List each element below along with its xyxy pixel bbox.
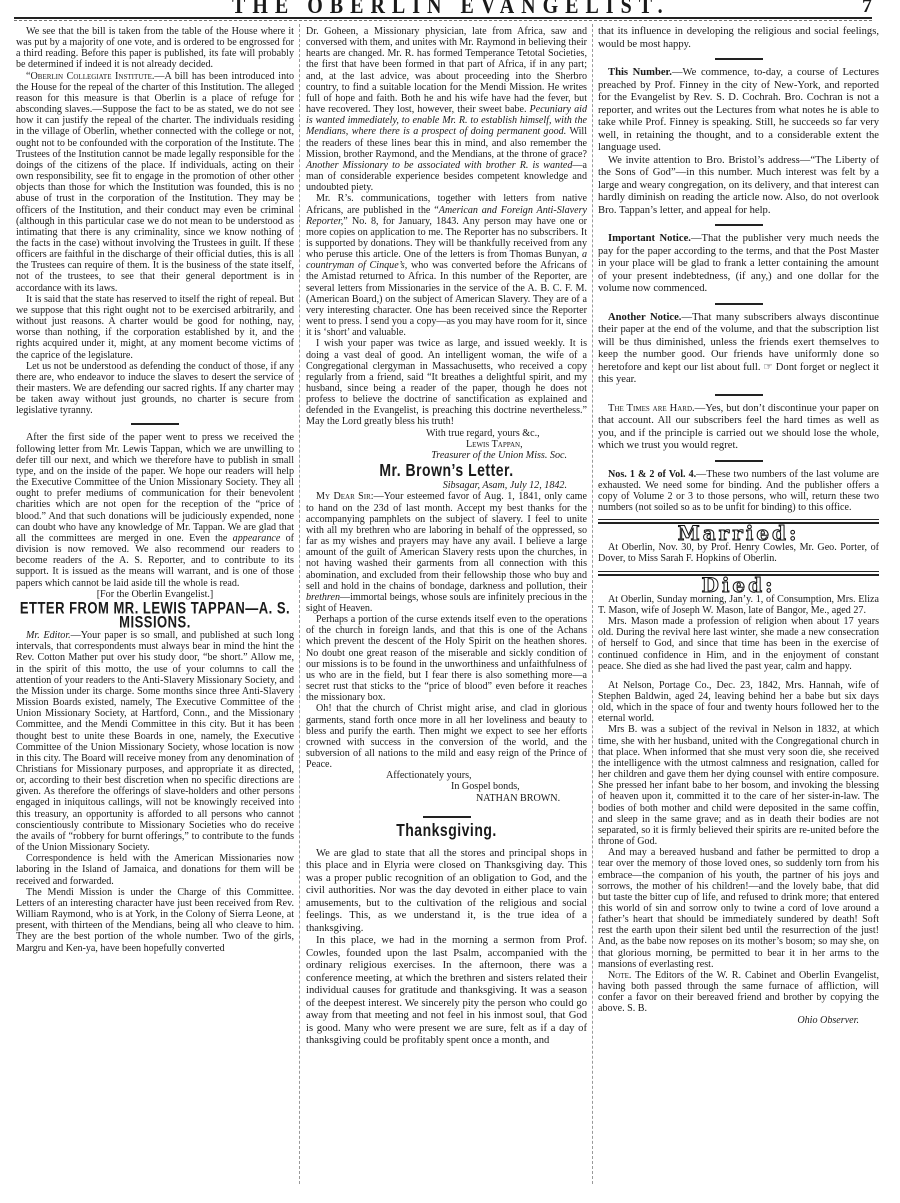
column-divider	[592, 24, 593, 1184]
letter-heading: ETTER FROM MR. LEWIS TAPPAN—A. S. MISSIO…	[16, 601, 294, 629]
paragraph: The Mendi Mission is under the Charge of…	[16, 887, 294, 954]
section-rule	[715, 460, 763, 462]
paragraph: Correspondence is held with the American…	[16, 853, 294, 886]
paragraph: Let us not be understood as defending th…	[16, 361, 294, 417]
obituary: At Oberlin, Sunday morning, Jan’y. 1, of…	[598, 594, 879, 616]
paragraph: It is said that the state has reserved t…	[16, 294, 294, 361]
letter-signer: NATHAN BROWN.	[306, 793, 587, 804]
paragraph: Mr. R’s. communications, together with l…	[306, 193, 587, 338]
column-divider	[299, 24, 300, 1184]
source-credit: Ohio Observer.	[598, 1015, 879, 1026]
died-heading: Died:	[598, 580, 879, 591]
notice-another: Another Notice.—That many subscribers al…	[598, 312, 879, 387]
masthead: THE OBERLIN EVANGELIST. 7	[0, 0, 900, 16]
section-rule	[715, 303, 763, 305]
brown-letter-heading: Mr. Brown’s Letter.	[306, 464, 587, 478]
paragraph: My Dear Sir:—Your esteemed favor of Aug.…	[306, 491, 587, 614]
obituary: At Nelson, Portage Co., Dec. 23, 1842, M…	[598, 680, 879, 725]
section-rule	[715, 58, 763, 60]
paragraph: Dr. Goheen, a Missionary physician, late…	[306, 26, 587, 193]
column-3: that its influence in developing the rel…	[598, 26, 879, 1026]
paragraph: After the first side of the paper went t…	[16, 432, 294, 588]
married-heading: Married:	[598, 528, 879, 539]
paragraph: Mr. Editor.—Your paper is so small, and …	[16, 630, 294, 853]
paragraph: We invite attention to Bro. Bristol’s ad…	[598, 155, 879, 218]
paragraph: In this place, we had in the morning a s…	[306, 935, 587, 1048]
paragraph: that its influence in developing the rel…	[598, 26, 879, 51]
paragraph: Oh! that the church of Christ might aris…	[306, 703, 587, 770]
letter-signer: Lewis Tappan,	[306, 439, 587, 450]
column-2: Dr. Goheen, a Missionary physician, late…	[306, 26, 587, 1048]
obituary: And may a bereaved husband and father be…	[598, 847, 879, 970]
letter-closing: In Gospel bonds,	[306, 781, 587, 792]
letter-closing: With true regard, yours &c.,	[306, 428, 587, 439]
paragraph: We are glad to state that all the stores…	[306, 848, 587, 936]
masthead-rule-dashed	[14, 20, 872, 22]
column-1: We see that the bill is taken from the t…	[16, 26, 294, 954]
paragraph: We see that the bill is taken from the t…	[16, 26, 294, 71]
editor-note: Note. The Editors of the W. R. Cabinet a…	[598, 970, 879, 1015]
section-rule	[131, 423, 179, 425]
section-rule	[423, 816, 471, 818]
dateline: Sibsagar, Asam, July 12, 1842.	[306, 480, 587, 491]
page-number: 7	[862, 0, 872, 18]
paragraph: Perhaps a portion of the curse extends i…	[306, 614, 587, 703]
notice-important: Important Notice.—That the publisher ver…	[598, 233, 879, 296]
thanksgiving-heading: Thanksgiving.	[306, 823, 587, 837]
article-lead: “Oberlin Collegiate Institute.	[26, 71, 154, 82]
letter-closing: Affectionately yours,	[306, 770, 587, 781]
obituary: Mrs B. was a subject of the revival in N…	[598, 724, 879, 847]
section-rule	[715, 224, 763, 226]
obituary: Mrs. Mason made a profession of religion…	[598, 616, 879, 672]
paragraph: I wish your paper was twice as large, an…	[306, 338, 587, 427]
notice-this-number: This Number.—We commence, to-day, a cour…	[598, 67, 879, 155]
marriage-notice: At Oberlin, Nov. 30, by Prof. Henry Cowl…	[598, 542, 879, 564]
notice-back-numbers: Nos. 1 & 2 of Vol. 4.—These two numbers …	[598, 469, 879, 514]
article-oberlin-institute: “Oberlin Collegiate Institute.—A bill ha…	[16, 71, 294, 294]
section-rule	[715, 394, 763, 396]
notice-times-hard: The Times are Hard.—Yes, but don’t disco…	[598, 403, 879, 453]
masthead-rule	[14, 17, 872, 19]
